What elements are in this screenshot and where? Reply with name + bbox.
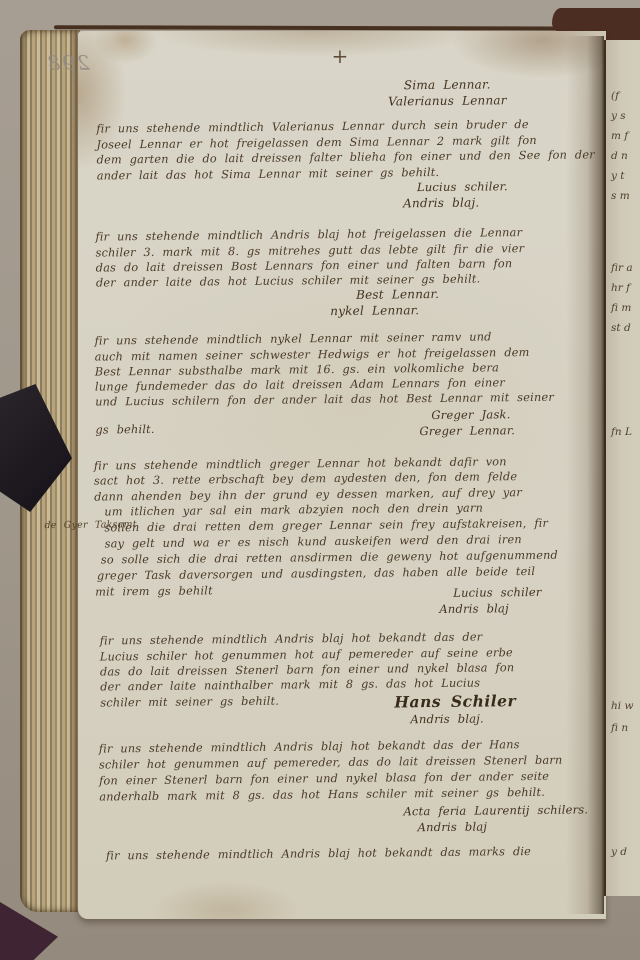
manuscript-line: gs behilt. bbox=[95, 423, 154, 437]
manuscript-line: anderhalb mark mit 8 gs. das hot Hans sc… bbox=[99, 786, 545, 804]
cross-mark-icon: + bbox=[331, 50, 348, 63]
signature: Andris blaj. bbox=[410, 713, 483, 727]
manuscript-line: fir uns stehende mindtlich Valerianus Le… bbox=[96, 118, 529, 136]
manuscript-line: sact hot 3. rette erbschaft bey dem ayde… bbox=[94, 470, 517, 487]
manuscript-line: greger Task daversorgen und ausdingsten,… bbox=[97, 565, 535, 583]
manuscript-line: dem garten die do lait dreissen falter b… bbox=[97, 148, 595, 166]
manuscript-line: fir uns stehende mindtlich nykel Lennar … bbox=[94, 330, 491, 347]
manuscript-line: so solle sich die drai retten ansdirmen … bbox=[101, 549, 558, 567]
signature: Lucius schiler. bbox=[417, 180, 508, 194]
manuscript-line: fir uns stehende mindtlich Andris blaj h… bbox=[95, 226, 522, 243]
photographed-manuscript-book: (f y s m f d n y t s m fir a hr f fi m s… bbox=[0, 0, 640, 960]
handwriting-layer: 298 + Sima Lennar. Valerianus Lennar fir… bbox=[0, 0, 640, 960]
manuscript-line: schiler mit seiner gs behilt. bbox=[100, 695, 279, 710]
entry-heading: Valerianus Lennar bbox=[388, 94, 507, 108]
manuscript-line: fir uns stehende mindtlich Andris blaj h… bbox=[106, 845, 531, 862]
manuscript-line: der ander laite nainthalber mark mit 8 g… bbox=[100, 677, 480, 694]
manuscript-line: sollen die drai retten dem greger Lennar… bbox=[104, 517, 548, 535]
signature: Greger Lennar. bbox=[419, 424, 515, 438]
manuscript-line: ander lait das hot Sima Lennar mit seine… bbox=[97, 166, 440, 183]
entry-heading: Sima Lennar. bbox=[404, 78, 491, 92]
signature: Andris blaj bbox=[439, 602, 509, 616]
signature: Greger Jask. bbox=[431, 408, 510, 422]
folio-number: 298 bbox=[46, 57, 90, 70]
manuscript-line: say gelt und wa er es nisch kund auskeif… bbox=[105, 533, 522, 550]
entry-heading: nykel Lennar. bbox=[330, 304, 419, 318]
signature: Acta feria Laurentij schilers. bbox=[403, 803, 588, 818]
manuscript-line: und Lucius schilern fon der ander lait d… bbox=[95, 391, 554, 409]
signature: Lucius schiler bbox=[453, 586, 541, 600]
signature: Andris blaj bbox=[418, 820, 488, 834]
entry-heading: Best Lennar. bbox=[356, 288, 439, 302]
manuscript-line: fir uns stehende mindtlich Andris blaj h… bbox=[99, 738, 520, 755]
manuscript-line: fir uns stehende mindtlich Andris blaj h… bbox=[100, 631, 483, 648]
manuscript-line: schiler hot genummen auf pemereder, das … bbox=[99, 754, 563, 772]
manuscript-line: mit irem gs behilt bbox=[95, 584, 213, 598]
signature: Hans Schiler bbox=[394, 694, 516, 708]
manuscript-line: fon einer Stenerl barn fon einer und nyk… bbox=[99, 770, 549, 788]
manuscript-line: um itlichen yar sal ein mark abzyien noc… bbox=[104, 502, 483, 519]
entry-heading: Andris blaj. bbox=[403, 197, 479, 211]
